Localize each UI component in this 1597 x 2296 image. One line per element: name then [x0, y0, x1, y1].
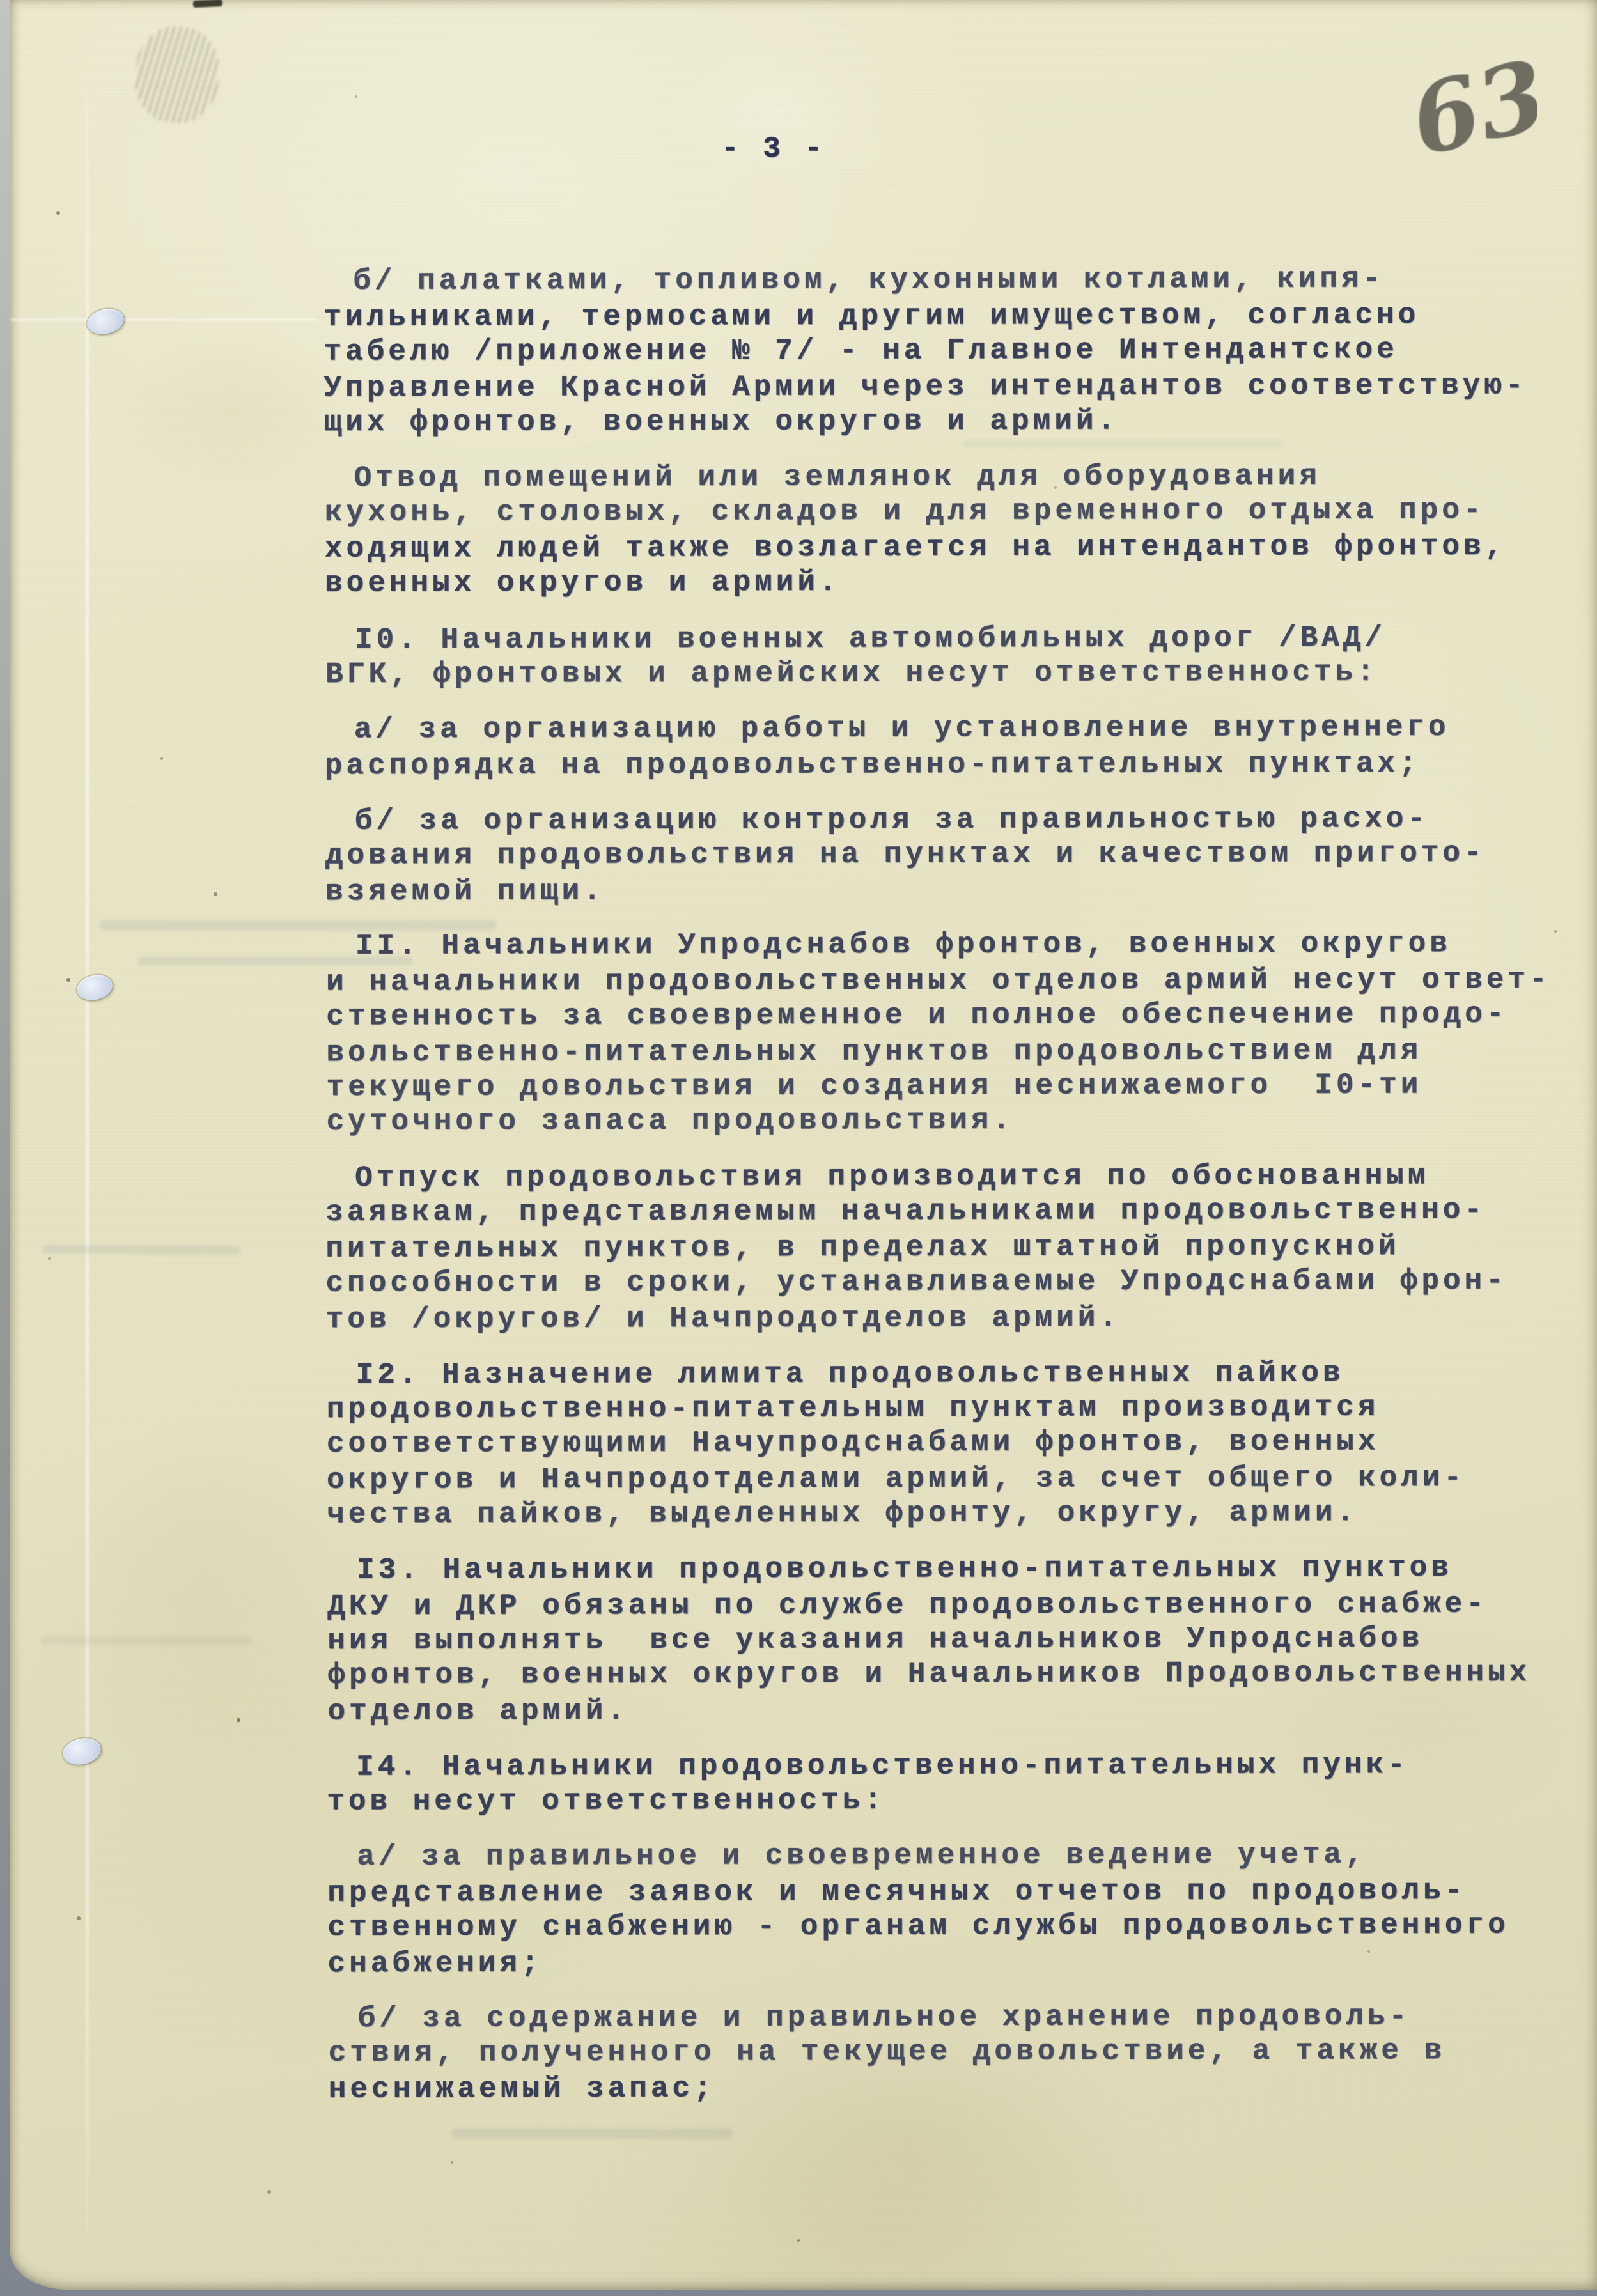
- text-line: суточного запаса продовольствия.: [327, 1102, 1593, 1140]
- handwritten-page-number: 63: [1396, 49, 1537, 189]
- text-line: щих фронтов, военных округов и армий.: [324, 403, 1590, 440]
- text-line: чества пайков, выделенных фронту, округу…: [327, 1494, 1593, 1532]
- bleedthrough-ghost-text: [41, 1636, 252, 1645]
- text-line: распорядка на продовольственно-питательн…: [325, 746, 1591, 784]
- paragraph-6: II. Начальники Упродснабов фронтов, воен…: [325, 927, 1592, 1140]
- paragraph-1: б/ палатками, топливом, кухонными котлам…: [324, 262, 1591, 440]
- paragraph-12: б/ за содержание и правильное хранение п…: [328, 1999, 1594, 2107]
- text-line: заявкам, представляемым начальниками про…: [325, 1193, 1591, 1230]
- text-line: тов /округов/ и Начпродотделов армий.: [326, 1299, 1592, 1337]
- page-number: - 3 -: [721, 134, 825, 164]
- text-line: а/ за правильное и своевременное ведение…: [327, 1837, 1593, 1875]
- text-line: кухонь, столовых, складов и для временно…: [325, 493, 1591, 531]
- text-line: Управление Красной Армии через интендант…: [323, 368, 1589, 406]
- text-line: округов и Начпродотделами армий, за счет…: [327, 1461, 1593, 1498]
- text-line: ственному снабжению - органам службы про…: [327, 1907, 1593, 1945]
- paragraph-5: б/ за организацию контроля за правильнос…: [325, 801, 1591, 909]
- text-line: I0. Начальники военных автомобильных дор…: [325, 620, 1591, 658]
- text-line: табелю /приложение № 7/ - на Главное Инт…: [323, 332, 1589, 369]
- text-line: ходящих людей также возлагается на интен…: [325, 529, 1591, 567]
- text-line: б/ за организацию контроля за правильнос…: [325, 802, 1591, 839]
- paragraph-8: I2. Назначение лимита продовольственных …: [327, 1354, 1593, 1533]
- horizontal-crease: [10, 318, 317, 321]
- paragraph-10: I4. Начальники продовольственно-питатель…: [327, 1747, 1593, 1820]
- scanned-document: - 3 - 63 б/ палатками, топливом, кухонны…: [0, 0, 1597, 2296]
- text-line: б/ палатками, топливом, кухонными котлам…: [323, 261, 1589, 299]
- dirt-specks: [10, 0, 12, 1]
- paragraph-7: Отпуск продовольствия производится по об…: [326, 1158, 1593, 1337]
- text-line: взяемой пищи.: [325, 872, 1591, 910]
- text-line: тильниками, термосами и другим имущество…: [323, 298, 1589, 336]
- text-line: представление заявок и месячных отчетов …: [327, 1873, 1593, 1911]
- text-line: дования продовольствия на пунктах и каче…: [325, 835, 1591, 873]
- text-line: Отвод помещений или землянок для оборудо…: [325, 458, 1591, 496]
- text-line: I4. Начальники продовольственно-питатель…: [327, 1748, 1593, 1785]
- text-line: неснижаемый запас;: [329, 2070, 1594, 2107]
- text-line: а/ за организацию работы и установление …: [325, 710, 1591, 747]
- text-line: текущего довольствия и создания неснижае…: [326, 1067, 1592, 1105]
- text-line: питательных пунктов, в пределах штатной …: [325, 1229, 1591, 1267]
- text-line: военных округов и армий.: [325, 563, 1591, 601]
- text-line: фронтов, военных округов и Начальников П…: [327, 1656, 1593, 1693]
- text-line: ВГК, фронтовых и армейских несут ответст…: [325, 655, 1591, 692]
- text-line: б/ за содержание и правильное хранение п…: [328, 1999, 1594, 2036]
- paragraph-9: I3. Начальники продовольственно-питатель…: [327, 1551, 1593, 1729]
- ink-mark: [193, 0, 223, 8]
- paragraph-2: Отвод помещений или землянок для оборудо…: [325, 458, 1591, 601]
- text-line: II. Начальники Упродснабов фронтов, воен…: [326, 926, 1592, 964]
- text-line: и начальники продовольственных отделов а…: [326, 963, 1592, 1000]
- text-line: ствия, полученного на текущее довольстви…: [329, 2033, 1594, 2071]
- text-line: тов несут ответственность:: [327, 1781, 1593, 1819]
- typewritten-text: б/ палатками, топливом, кухонными котлам…: [324, 262, 1594, 2127]
- text-line: I2. Назначение лимита продовольственных …: [327, 1355, 1593, 1393]
- text-line: Отпуск продовольствия производится по об…: [325, 1158, 1591, 1196]
- text-line: отделов армий.: [327, 1692, 1593, 1730]
- text-line: ственность за своевременное и полное обе…: [326, 997, 1592, 1034]
- text-line: I3. Начальники продовольственно-питатель…: [327, 1550, 1593, 1588]
- text-line: ДКУ и ДКР обязаны по службе продовольств…: [327, 1586, 1593, 1624]
- text-line: способности в сроки, устанавливаемые Упр…: [325, 1263, 1591, 1301]
- vertical-crease: [86, 0, 89, 2290]
- bleedthrough-ghost-text: [451, 2129, 733, 2139]
- paragraph-4: а/ за организацию работы и установление …: [325, 710, 1591, 783]
- paragraph-3: I0. Начальники военных автомобильных дор…: [325, 619, 1591, 692]
- paragraph-11: а/ за правильное и своевременное ведение…: [327, 1838, 1593, 1981]
- text-line: снабжения;: [327, 1944, 1593, 1982]
- ink-smudge: [130, 22, 224, 128]
- bleedthrough-ghost-text: [42, 1245, 240, 1255]
- text-line: ния выполнять все указания начальников У…: [327, 1621, 1593, 1659]
- text-line: вольственно-питательных пунктов продовол…: [326, 1033, 1592, 1071]
- punch-hole: [60, 1735, 103, 1768]
- punch-hole: [84, 306, 126, 337]
- text-line: продовольственно-питательным пунктам про…: [327, 1390, 1593, 1427]
- text-line: соответствующими Начупродснабами фронтов…: [327, 1424, 1593, 1462]
- punch-hole: [74, 972, 114, 1004]
- paper-sheet: - 3 - 63 б/ палатками, топливом, кухонны…: [10, 0, 1597, 2290]
- handwritten-digits: 63: [1401, 49, 1537, 178]
